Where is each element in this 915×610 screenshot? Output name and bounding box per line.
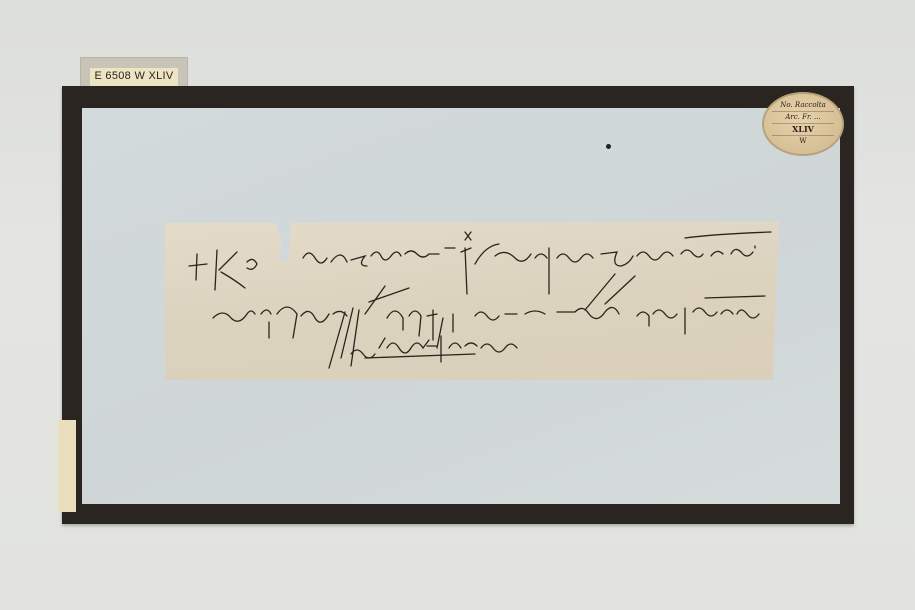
papyrus-fragment: [165, 218, 779, 380]
seal-line-2: Arc. Fr. ...: [772, 112, 834, 124]
handwriting-strokes: [165, 218, 779, 380]
seal-line-1: No. Raccolta: [772, 100, 834, 112]
round-seal-label: No. Raccolta Arc. Fr. ... XLIV W: [762, 92, 844, 156]
seal-line-4: W: [772, 136, 834, 147]
side-tape: [58, 420, 79, 512]
seal-line-3: XLIV: [772, 124, 834, 136]
dust-speck: [606, 144, 611, 149]
